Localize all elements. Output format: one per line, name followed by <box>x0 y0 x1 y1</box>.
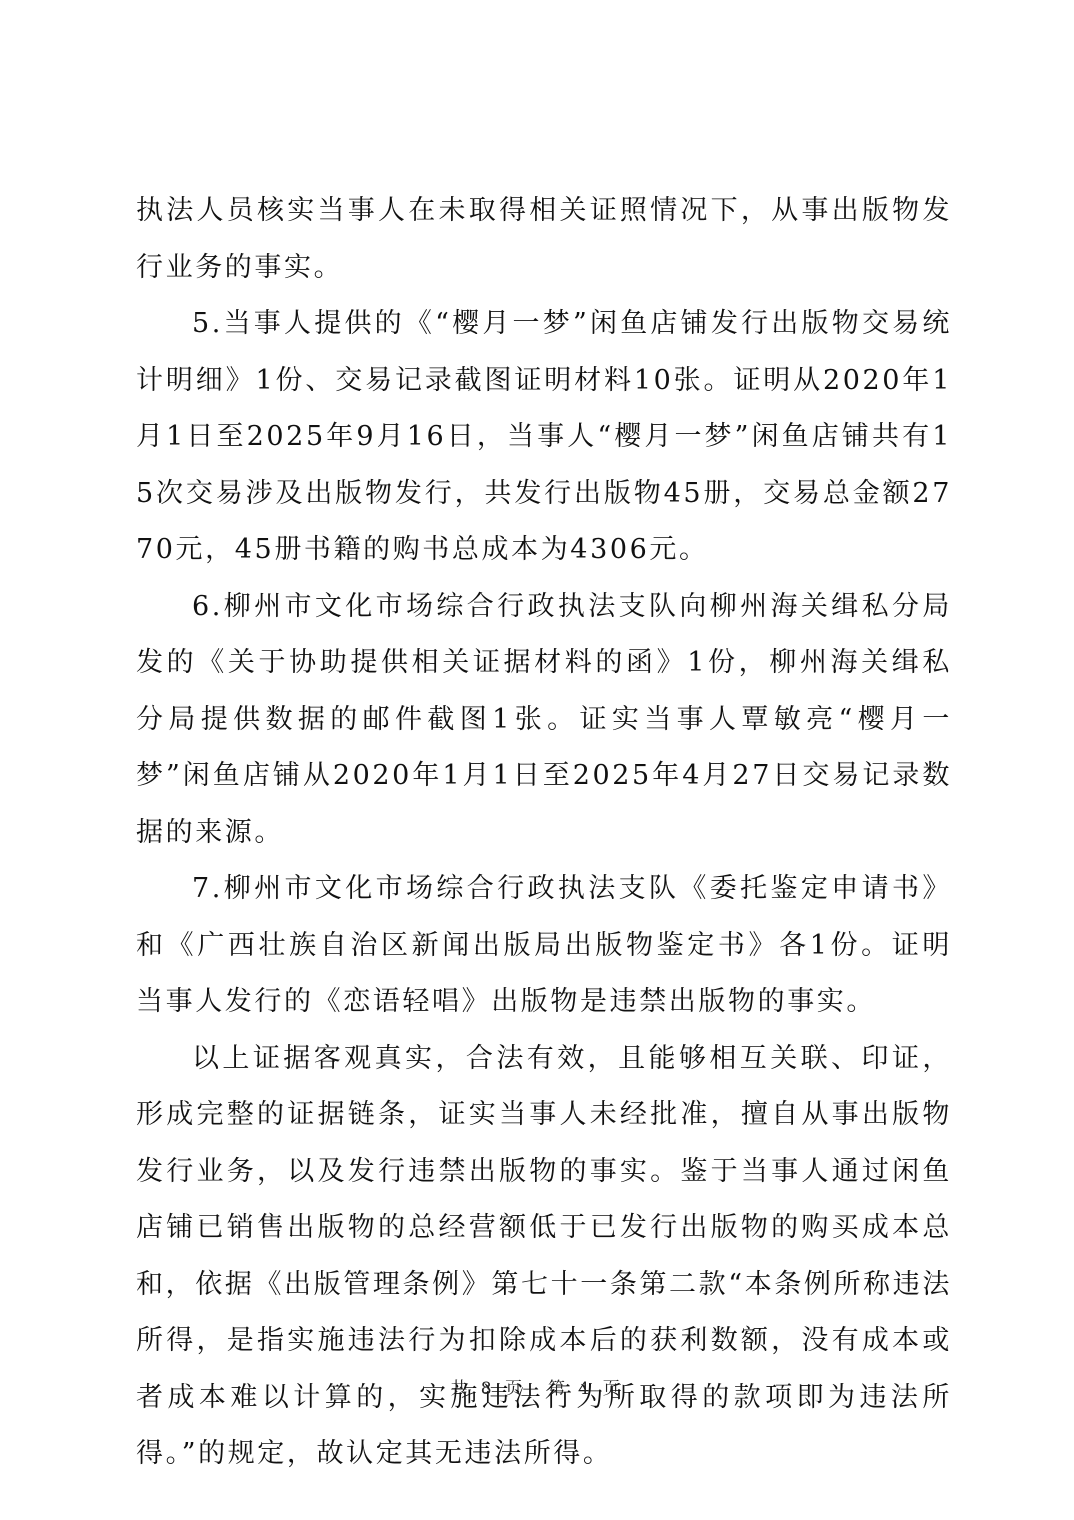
total-pages-label: 共 8 页 <box>450 1374 526 1399</box>
page-footer: 共 8 页第 4 页 <box>0 1374 1074 1399</box>
paragraph-conclusion: 以上证据客观真实，合法有效，且能够相互关联、印证，形成完整的证据链条，证实当事人… <box>136 1031 952 1483</box>
paragraph-evidence-5: 5.当事人提供的《“樱月一梦”闲鱼店铺发行出版物交易统计明细》1份、交易记录截图… <box>136 296 952 579</box>
current-page-label: 第 4 页 <box>548 1374 624 1399</box>
document-page: 执法人员核实当事人在未取得相关证照情况下，从事出版物发行业务的事实。 5.当事人… <box>0 0 1074 1520</box>
paragraph-continuation: 执法人员核实当事人在未取得相关证照情况下，从事出版物发行业务的事实。 <box>136 183 952 296</box>
paragraph-evidence-6: 6.柳州市文化市场综合行政执法支队向柳州海关缉私分局发的《关于协助提供相关证据材… <box>136 579 952 862</box>
document-body: 执法人员核实当事人在未取得相关证照情况下，从事出版物发行业务的事实。 5.当事人… <box>136 183 952 1483</box>
paragraph-evidence-7: 7.柳州市文化市场综合行政执法支队《委托鉴定申请书》和《广西壮族自治区新闻出版局… <box>136 861 952 1031</box>
